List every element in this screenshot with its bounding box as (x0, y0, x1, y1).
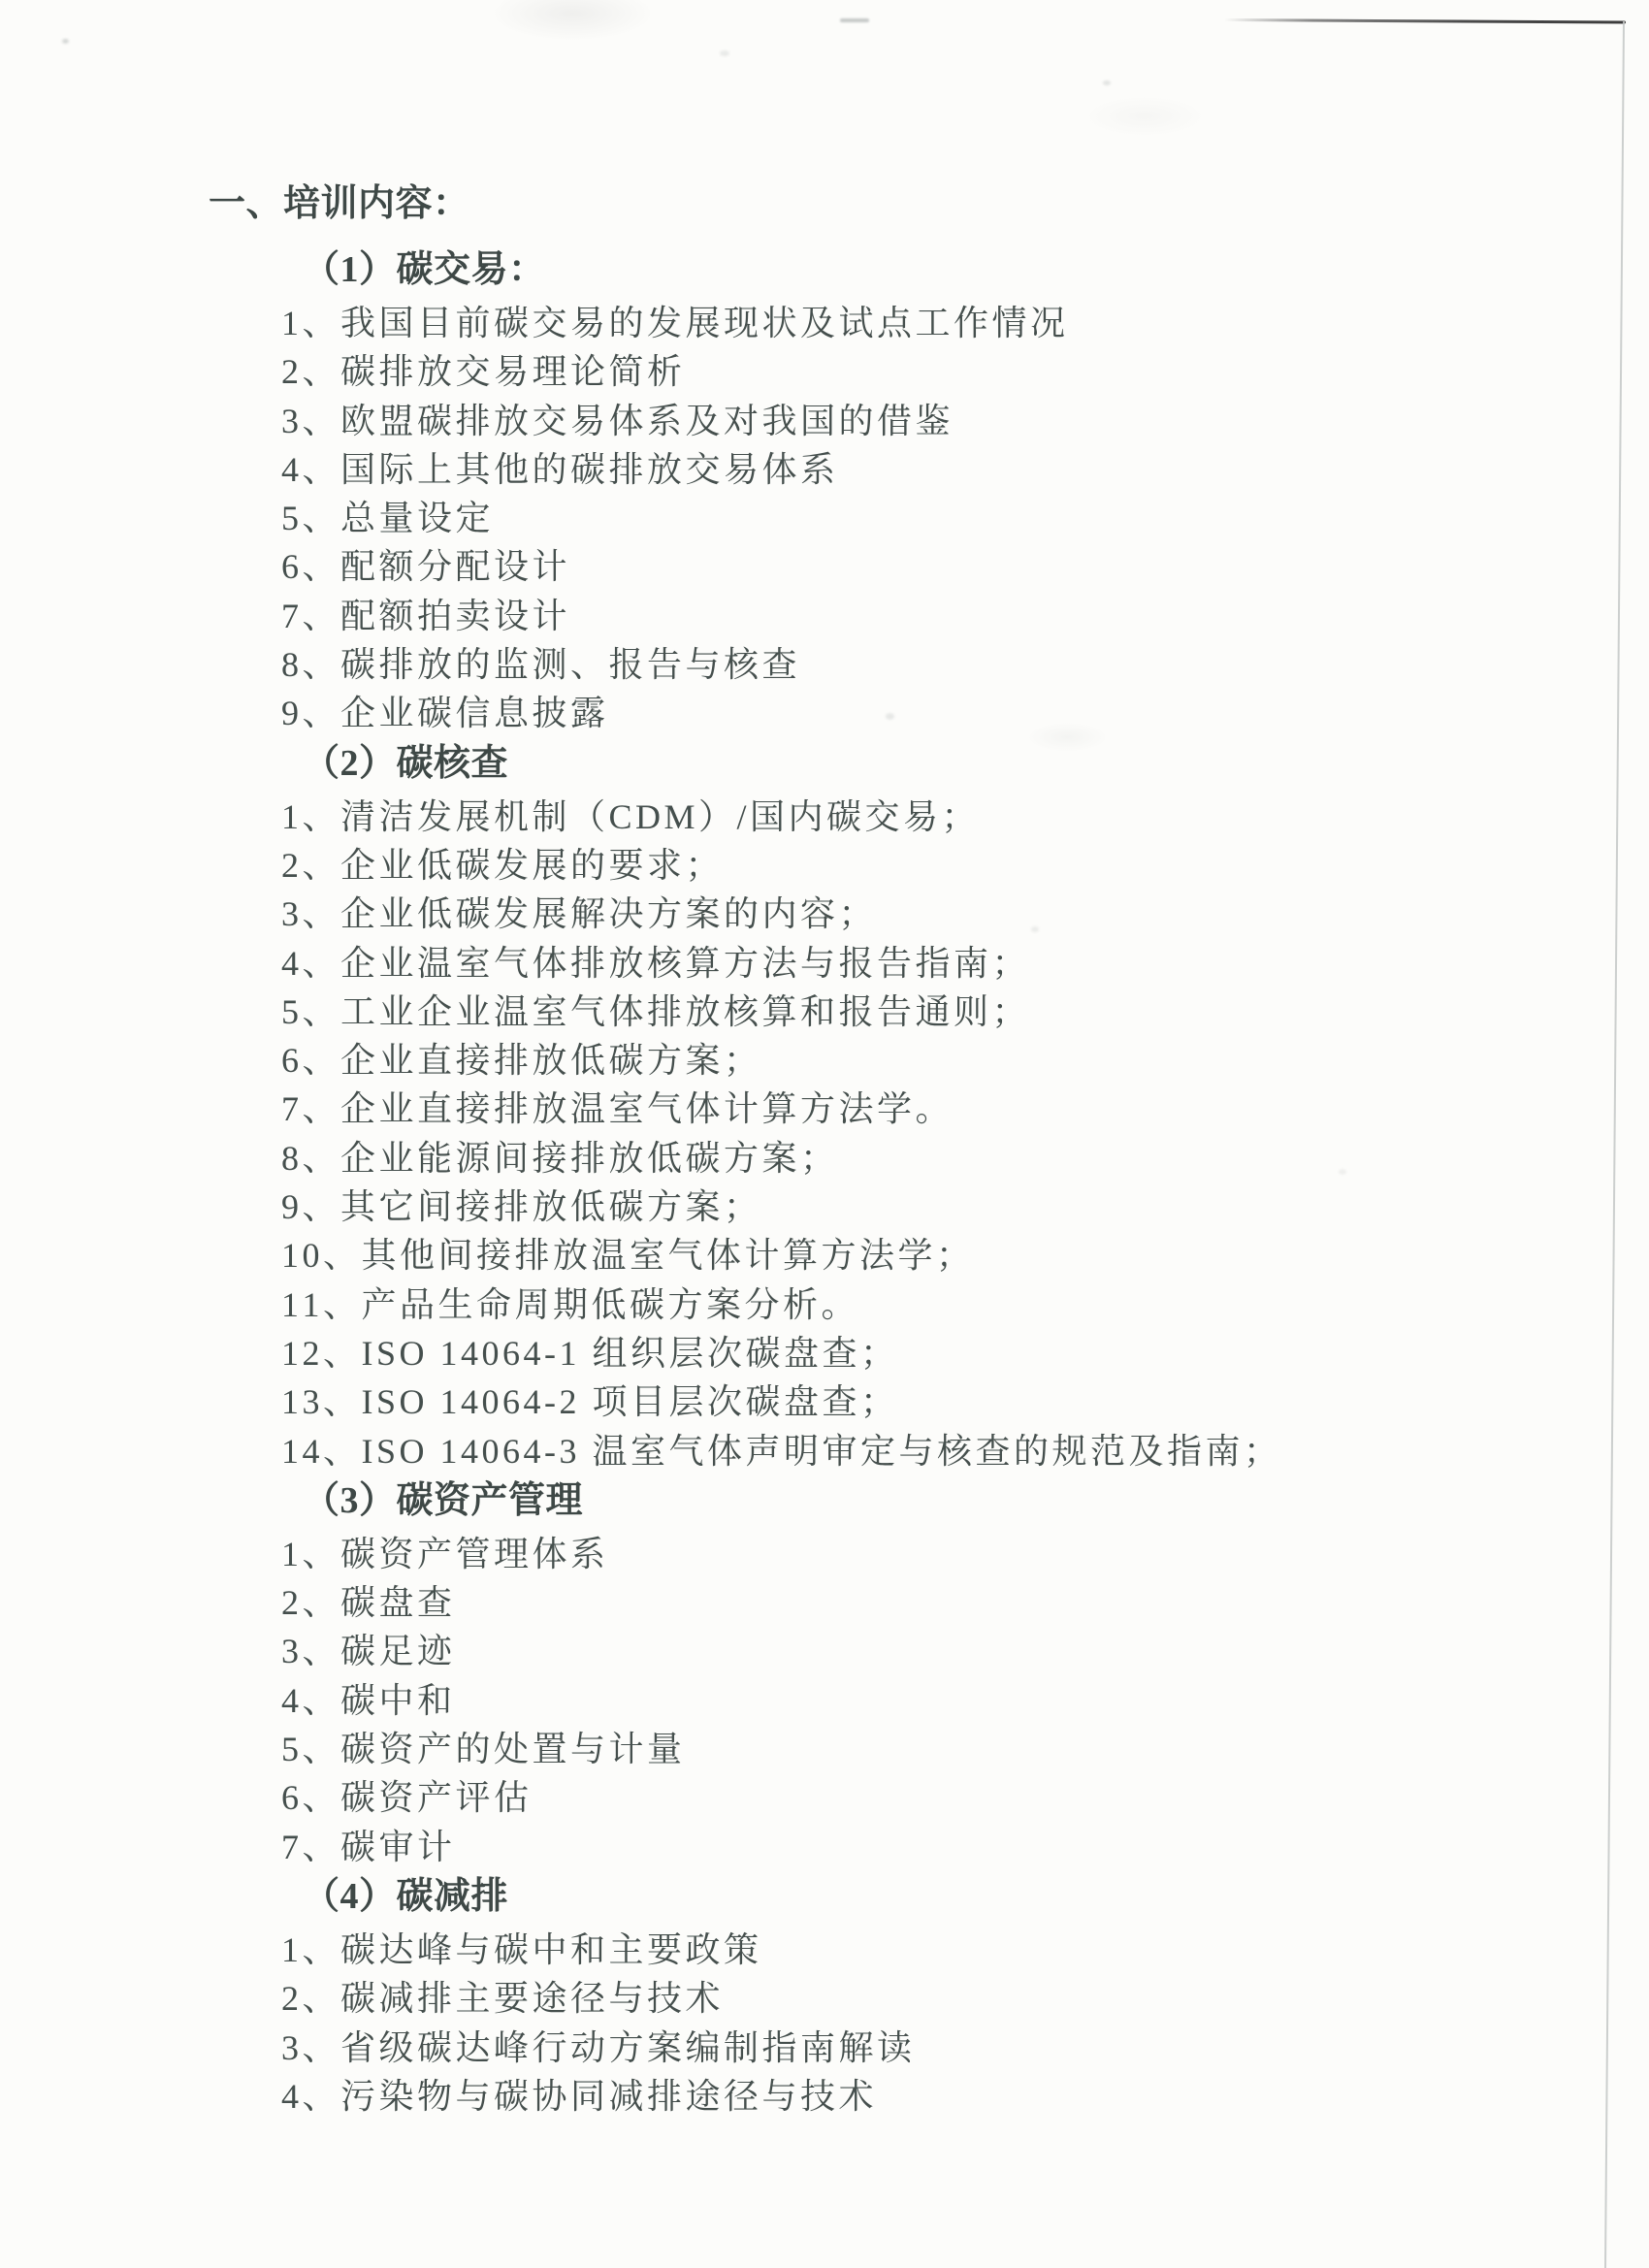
list-item: 9、企业碳信息披露 (0, 689, 1649, 737)
list-item: 7、配额拍卖设计 (0, 592, 1649, 640)
list-item: 12、ISO 14064-1 组织层次碳盘查； (0, 1329, 1649, 1377)
scan-speck (62, 39, 69, 44)
list-item: 8、企业能源间接排放低碳方案； (0, 1134, 1649, 1183)
list-item: 11、产品生命周期低碳方案分析。 (0, 1280, 1649, 1329)
page-title: 一、培训内容： (0, 182, 1649, 244)
list-item: 4、国际上其他的碳排放交易体系 (0, 445, 1649, 494)
list-item: 5、工业企业温室气体排放核算和报告通则； (0, 988, 1649, 1036)
list-item: 3、省级碳达峰行动方案编制指南解读 (0, 2024, 1649, 2072)
list-item: 6、配额分配设计 (0, 542, 1649, 591)
list-item: 8、碳排放的监测、报告与核查 (0, 640, 1649, 689)
list-item: 2、碳减排主要途径与技术 (0, 1974, 1649, 2023)
list-item: 3、欧盟碳排放交易体系及对我国的借鉴 (0, 397, 1649, 445)
list-item: 7、企业直接排放温室气体计算方法学。 (0, 1085, 1649, 1133)
section-heading: （1）碳交易： (0, 244, 1649, 296)
scan-artifact-top-edge-line (1224, 18, 1626, 23)
scan-artifact-top-dash (840, 18, 869, 22)
list-item: 5、碳资产的处置与计量 (0, 1725, 1649, 1773)
scanned-document-page: 一、培训内容： （1）碳交易：1、我国目前碳交易的发展现状及试点工作情况2、碳排… (0, 0, 1649, 2268)
list-item: 4、碳中和 (0, 1676, 1649, 1725)
list-item: 6、企业直接排放低碳方案； (0, 1036, 1649, 1085)
list-item: 1、碳达峰与碳中和主要政策 (0, 1926, 1649, 1974)
list-item: 2、企业低碳发展的要求； (0, 841, 1649, 890)
section-heading: （4）碳减排 (0, 1871, 1649, 1923)
scan-speck (720, 50, 729, 56)
document-body: 一、培训内容： （1）碳交易：1、我国目前碳交易的发展现状及试点工作情况2、碳排… (0, 182, 1649, 2121)
list-item: 3、碳足迹 (0, 1627, 1649, 1675)
list-item: 10、其他间接排放温室气体计算方法学； (0, 1231, 1649, 1280)
list-item: 1、我国目前碳交易的发展现状及试点工作情况 (0, 299, 1649, 347)
list-item: 5、总量设定 (0, 494, 1649, 542)
list-item: 1、清洁发展机制（CDM）/国内碳交易； (0, 793, 1649, 841)
section-heading: （3）碳资产管理 (0, 1475, 1649, 1527)
list-item: 6、碳资产评估 (0, 1773, 1649, 1822)
list-item: 4、企业温室气体排放核算方法与报告指南； (0, 939, 1649, 988)
list-item: 7、碳审计 (0, 1823, 1649, 1871)
list-item: 14、ISO 14064-3 温室气体声明审定与核查的规范及指南； (0, 1427, 1649, 1475)
list-item: 2、碳排放交易理论简析 (0, 347, 1649, 396)
list-item: 13、ISO 14064-2 项目层次碳盘查； (0, 1377, 1649, 1426)
list-item: 2、碳盘查 (0, 1578, 1649, 1627)
list-item: 1、碳资产管理体系 (0, 1530, 1649, 1578)
list-item: 9、其它间接排放低碳方案； (0, 1183, 1649, 1231)
list-item: 4、污染物与碳协同减排途径与技术 (0, 2072, 1649, 2121)
section-heading: （2）碳核查 (0, 738, 1649, 790)
scan-speck (1103, 81, 1111, 85)
list-item: 3、企业低碳发展解决方案的内容； (0, 890, 1649, 938)
